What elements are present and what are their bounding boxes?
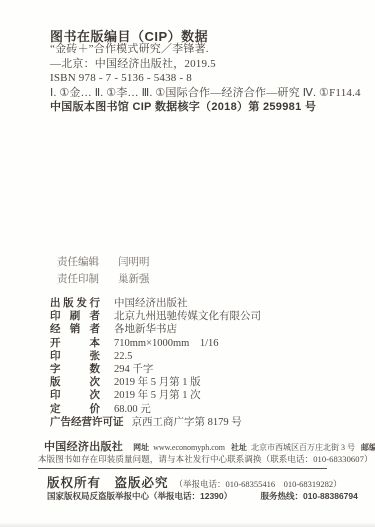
pub-row-distributor: 经销者 各地新华书店 [50,323,261,336]
service-hotline: 服务热线：010-88386794 [261,491,358,501]
impression-value: 2019 年 5 月第 1 次 [114,389,201,402]
price-label: 定价 [50,403,100,416]
printing-supervisor-label: 责任印制 [57,271,103,288]
anti-piracy-agency-line: 国家版权局反盗版举报中心（举报电话：12390） 服务热线：010-883867… [47,490,358,502]
staff-row-editor: 责任编辑 闫明明 [57,254,150,271]
staff-row-printing-supervisor: 责任印制 巢新强 [57,271,150,288]
publisher-label: 出版发行 [50,297,100,310]
editor-name: 闫明明 [118,254,150,271]
divider-rule [38,468,327,469]
publisher-name: 中国经济出版社 [44,441,123,453]
quality-exchange-note: 本版图书如存在印装质量问题，请与本社发行中心联系调换（联系电话：010-6833… [38,453,373,465]
copyright-report-phones: （举报电话：010-68355416 010-68319282） [175,479,342,489]
ad-license-value: 京西工商广字第 8179 号 [132,416,242,429]
pub-row-printer: 印刷者 北京九州迅驰传媒文化有限公司 [50,310,261,323]
edition-value: 2019 年 5 月第 1 版 [114,376,201,389]
printer-value: 北京九州迅驰传媒文化有限公司 [114,310,261,323]
cip-isbn-line: ISBN 978 - 7 - 5136 - 5438 - 8 [50,71,361,86]
edition-label: 版次 [50,376,100,389]
printer-label: 印刷者 [50,310,100,323]
zipcode-label: 邮编 [361,443,375,452]
website-label: 网址 [133,443,149,452]
price-value: 68.00 元 [114,403,151,416]
wordcount-label: 字数 [50,363,100,376]
publication-info-block: 出版发行 中国经济出版社 印刷者 北京九州迅驰传媒文化有限公司 经销者 各地新华… [50,297,261,429]
format-value: 710mm×1000mm 1/16 [114,337,219,350]
publisher-contact-line: 中国经济出版社 网址 www.economyph.com 社址 北京市西城区百万… [44,438,375,454]
pub-row-wordcount: 字数 294 千字 [50,363,261,376]
cip-registry-number: 中国版本图书馆 CIP 数据核字（2018）第 259981 号 [50,98,316,114]
pub-row-edition: 版次 2019 年 5 月第 1 版 [50,376,261,389]
address-value: 北京市西城区百万庄北街 3 号 [251,443,355,452]
book-copyright-page: 图书在版编目（CIP）数据 “金砖＋”合作模式研究／李锋著. —北京：中国经济出… [0,0,375,527]
pub-row-sheets: 印张 22.5 [50,350,261,363]
format-label: 开本 [50,337,100,350]
pub-row-impression: 印次 2019 年 5 月第 1 次 [50,389,261,402]
copyright-notice: 版权所有 盗版必究 [47,476,169,490]
wordcount-value: 294 千字 [114,363,153,376]
impression-label: 印次 [50,389,100,402]
page-bottom-edge [0,522,375,527]
pub-row-format: 开本 710mm×1000mm 1/16 [50,337,261,350]
sheets-label: 印张 [50,350,100,363]
sheets-value: 22.5 [114,350,132,363]
distributor-value: 各地新华书店 [114,323,177,336]
publisher-value: 中国经济出版社 [114,297,188,310]
address-label: 社址 [231,443,247,452]
editor-label: 责任编辑 [57,254,103,271]
cip-block: “金砖＋”合作模式研究／李锋著. —北京：中国经济出版社，2019.5 ISBN… [50,42,361,100]
distributor-label: 经销者 [50,323,100,336]
ad-license-label: 广告经营许可证 [50,416,124,429]
printing-supervisor-name: 巢新强 [118,271,150,288]
cip-book-title-line: “金砖＋”合作模式研究／李锋著. [50,42,361,57]
anti-piracy-agency: 国家版权局反盗版举报中心（举报电话：12390） [47,491,232,501]
pub-row-publisher: 出版发行 中国经济出版社 [50,297,261,310]
cip-imprint-line: —北京：中国经济出版社，2019.5 [50,57,361,72]
pub-row-price: 定价 68.00 元 [50,403,261,416]
website-url: www.economyph.com [153,443,225,452]
pub-row-ad-license: 广告经营许可证 京西工商广字第 8179 号 [50,416,261,429]
staff-block: 责任编辑 闫明明 责任印制 巢新强 [57,254,150,288]
